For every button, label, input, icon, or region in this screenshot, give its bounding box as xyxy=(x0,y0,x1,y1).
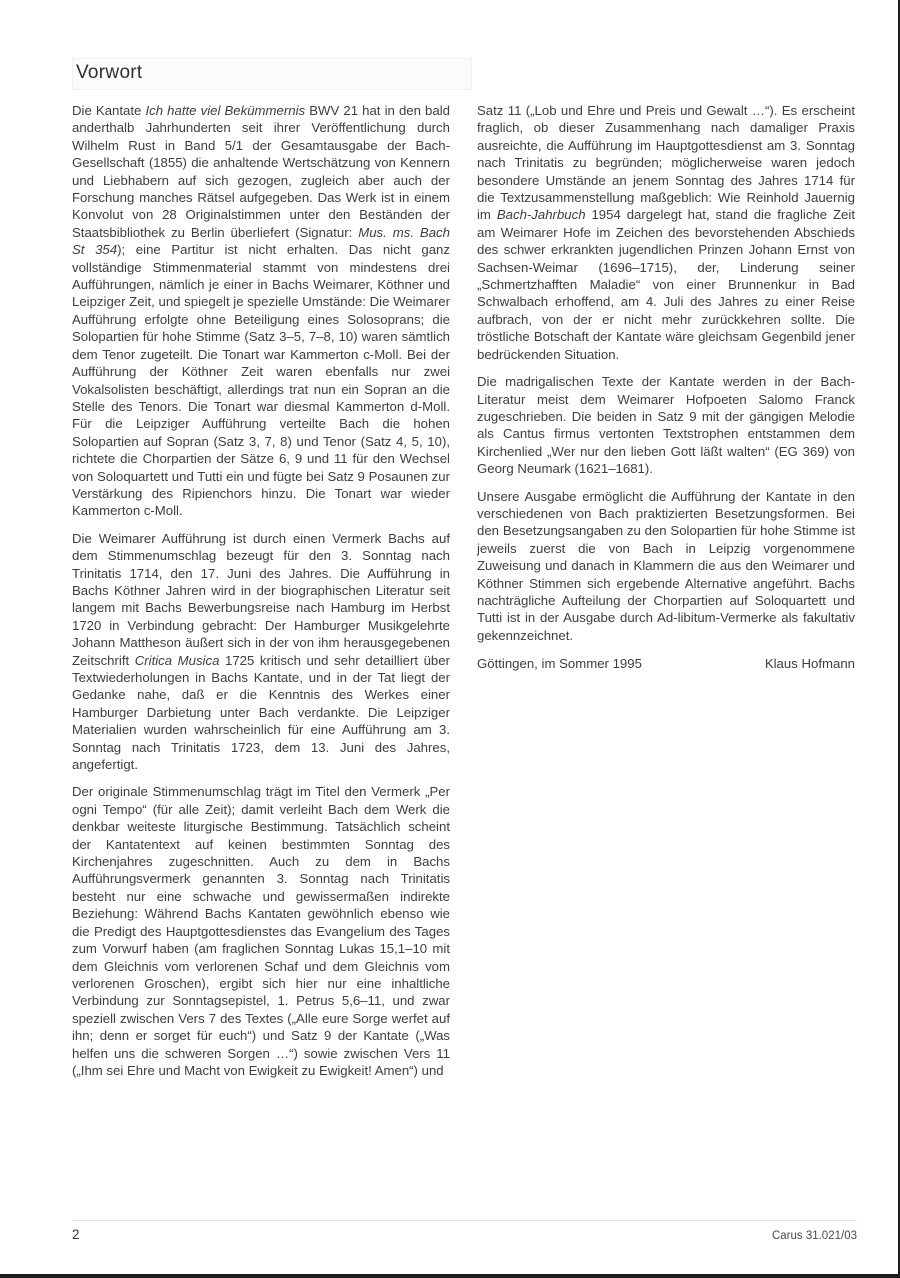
title-band: Vorwort xyxy=(72,58,472,90)
right-column: Satz 11 („Lob und Ehre und Preis und Gew… xyxy=(477,102,855,1089)
paragraph: Die Kantate Ich hatte viel Bekümmernis B… xyxy=(72,102,450,520)
paragraph: Die madrigalischen Texte der Kantate wer… xyxy=(477,373,855,477)
scan-edge-bottom xyxy=(0,1274,900,1278)
paragraph: Satz 11 („Lob und Ehre und Preis und Gew… xyxy=(477,102,855,363)
paragraph: Unsere Ausgabe ermöglicht die Aufführung… xyxy=(477,488,855,645)
text-run: 1954 dargelegt hat, stand die fragliche … xyxy=(477,207,855,361)
left-column: Die Kantate Ich hatte viel Bekümmernis B… xyxy=(72,102,450,1089)
text-run-italic: Critica Musica xyxy=(135,653,220,668)
signature-row: Göttingen, im Sommer 1995 Klaus Hofmann xyxy=(477,655,855,672)
text-run: Die madrigalischen Texte der Kantate wer… xyxy=(477,374,855,476)
text-run: 1725 kritisch und sehr detailliert über … xyxy=(72,653,450,772)
right-column-paragraphs: Satz 11 („Lob und Ehre und Preis und Gew… xyxy=(477,102,855,644)
signature-author-name: Klaus Hofmann xyxy=(765,655,855,672)
text-run: Die Kantate xyxy=(72,103,145,118)
text-run: Die Weimarer Aufführung ist durch einen … xyxy=(72,531,450,668)
scanned-preface-page: Vorwort Die Kantate Ich hatte viel Beküm… xyxy=(0,0,900,1278)
page-content: Vorwort Die Kantate Ich hatte viel Beküm… xyxy=(72,58,855,1089)
page-title: Vorwort xyxy=(76,62,471,84)
paragraph: Der originale Stimmenumschlag trägt im T… xyxy=(72,783,450,1079)
text-run: BWV 21 hat in den bald anderthalb Jahrhu… xyxy=(72,103,450,240)
page-number: 2 xyxy=(72,1227,80,1242)
text-run: Satz 11 („Lob und Ehre und Preis und Gew… xyxy=(477,103,855,222)
text-run: Der originale Stimmenumschlag trägt im T… xyxy=(72,784,450,1078)
text-run: Unsere Ausgabe ermöglicht die Aufführung… xyxy=(477,489,855,643)
text-columns: Die Kantate Ich hatte viel Bekümmernis B… xyxy=(72,102,855,1089)
catalog-number: Carus 31.021/03 xyxy=(772,1230,857,1242)
text-run: ); eine Partitur ist nicht erhalten. Das… xyxy=(72,242,450,518)
signature-place-date: Göttingen, im Sommer 1995 xyxy=(477,655,642,672)
text-run-italic: Ich hatte viel Bekümmernis xyxy=(145,103,305,118)
page-footer: 2 Carus 31.021/03 xyxy=(72,1220,857,1242)
paragraph: Die Weimarer Aufführung ist durch einen … xyxy=(72,530,450,774)
text-run-italic: Bach-Jahrbuch xyxy=(497,207,586,222)
